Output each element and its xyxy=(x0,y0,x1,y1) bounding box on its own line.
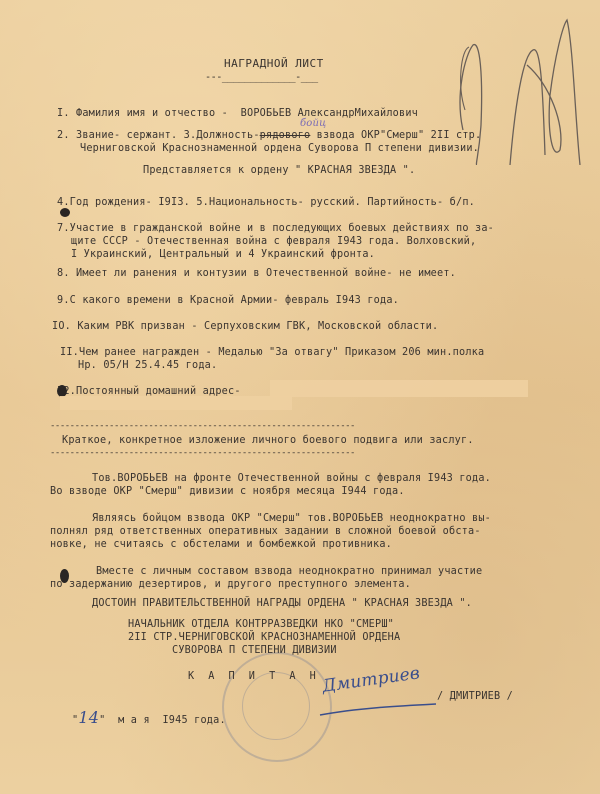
narrative-p2-line3: новке, не считаясь с обстелами и бомбежк… xyxy=(50,538,392,551)
item-8-wounds: 8. Имеет ли ранения и контузии в Отечест… xyxy=(57,267,456,280)
date-line: "14" м а я I945 года. xyxy=(72,711,226,727)
item-7-line2: щите СССР - Отечественная война с феврал… xyxy=(71,235,476,248)
signatory-name: / ДМИТРИЕВ / xyxy=(437,690,513,703)
signatory-line2: 2II СТР.ЧЕРНИГОВСКОЙ КРАСНОЗНАМЕННОЙ ОРД… xyxy=(128,631,400,644)
narrative-p3-line2: по задержанию дезертиров, и другого прес… xyxy=(50,578,411,591)
narrative-p1-line2: Во взводе ОКР "Смерш" дивизии с ноября м… xyxy=(50,485,405,498)
signatory-rank: К А П И Т А Н xyxy=(188,670,320,683)
item-4-birth-nationality: 4.Год рождения- I9I3. 5.Национальность- … xyxy=(57,196,475,209)
signatory-line3: СУВОРОВА П СТЕПЕНИ ДИВИЗИИ xyxy=(172,644,337,657)
item-2-suffix: взвода ОКР"Смерш" 2II стр. xyxy=(310,130,481,141)
award-sheet-page: НАГРАДНОЙ ЛИСТ ---_____________-___ I. Ф… xyxy=(0,0,600,794)
date-day-handwritten: 14 xyxy=(78,708,99,727)
item-7-line1: 7.Участие в гражданской войне и в послед… xyxy=(57,222,494,235)
document-title: НАГРАДНОЙ ЛИСТ xyxy=(224,57,324,70)
presented-for-order: Представляется к ордену " КРАСНАЯ ЗВЕЗДА… xyxy=(143,164,415,177)
ink-blot xyxy=(60,569,69,583)
signatory-line1: НАЧАЛЬНИК ОТДЕЛА КОНТРРАЗВЕДКИ НКО "СМЕР… xyxy=(128,618,394,631)
handwritten-correction: бойц xyxy=(300,117,326,130)
item-2-division: Черниговской Краснознаменной ордена Суво… xyxy=(80,142,479,155)
item-2-prefix: 2. Звание- сержант. 3.Должность- xyxy=(57,130,260,141)
item-2-rank-position: 2. Звание- сержант. 3.Должность-рядового… xyxy=(57,129,481,142)
item-7-line3: I Украинский, Центральный и 4 Украинский… xyxy=(71,248,375,261)
item-11-line2: Нр. 05/Н 25.4.45 года. xyxy=(78,359,217,372)
item-9-army-since: 9.С какого времени в Красной Армии- февр… xyxy=(57,294,399,307)
narrative-p2-line1: Являясь бойцом взвода ОКР "Смерш" тов.ВО… xyxy=(92,512,491,525)
official-stamp xyxy=(222,652,332,762)
conclusion-deserves-award: ДОСТОИН ПРАВИТЕЛЬСТВЕННОЙ НАГРАДЫ ОРДЕНА… xyxy=(92,597,472,610)
handwritten-signature: Дмитриев xyxy=(322,667,421,694)
ink-blot xyxy=(60,208,70,217)
date-month-year: " м а я I945 года. xyxy=(99,715,226,726)
struck-word: рядового xyxy=(260,130,311,141)
section-separator-top: ----------------------------------------… xyxy=(50,420,355,433)
section-header: Краткое, конкретное изложение личного бо… xyxy=(62,434,474,447)
narrative-p1-line1: Тов.ВОРОБЬЕВ на фронте Отечественной вой… xyxy=(92,472,491,485)
section-separator-bottom: ----------------------------------------… xyxy=(50,447,355,460)
redacted-address-line2 xyxy=(60,396,292,410)
narrative-p2-line2: полнял ряд ответственных оперативных зад… xyxy=(50,525,481,538)
redacted-address xyxy=(270,380,528,397)
narrative-p3-line1: Вместе с личным составом взвода неоднокр… xyxy=(96,565,482,578)
signature-underline xyxy=(318,700,438,720)
item-11-line1: II.Чем ранее награжден - Медалью "За отв… xyxy=(60,346,484,359)
item-1-full-name: I. Фамилия имя и отчество - ВОРОБЬЕВ Але… xyxy=(57,107,418,120)
title-underline: ---_____________-___ xyxy=(205,71,318,84)
item-10-draft-office: IO. Каким РВК призван - Серпуховским ГВК… xyxy=(52,320,438,333)
